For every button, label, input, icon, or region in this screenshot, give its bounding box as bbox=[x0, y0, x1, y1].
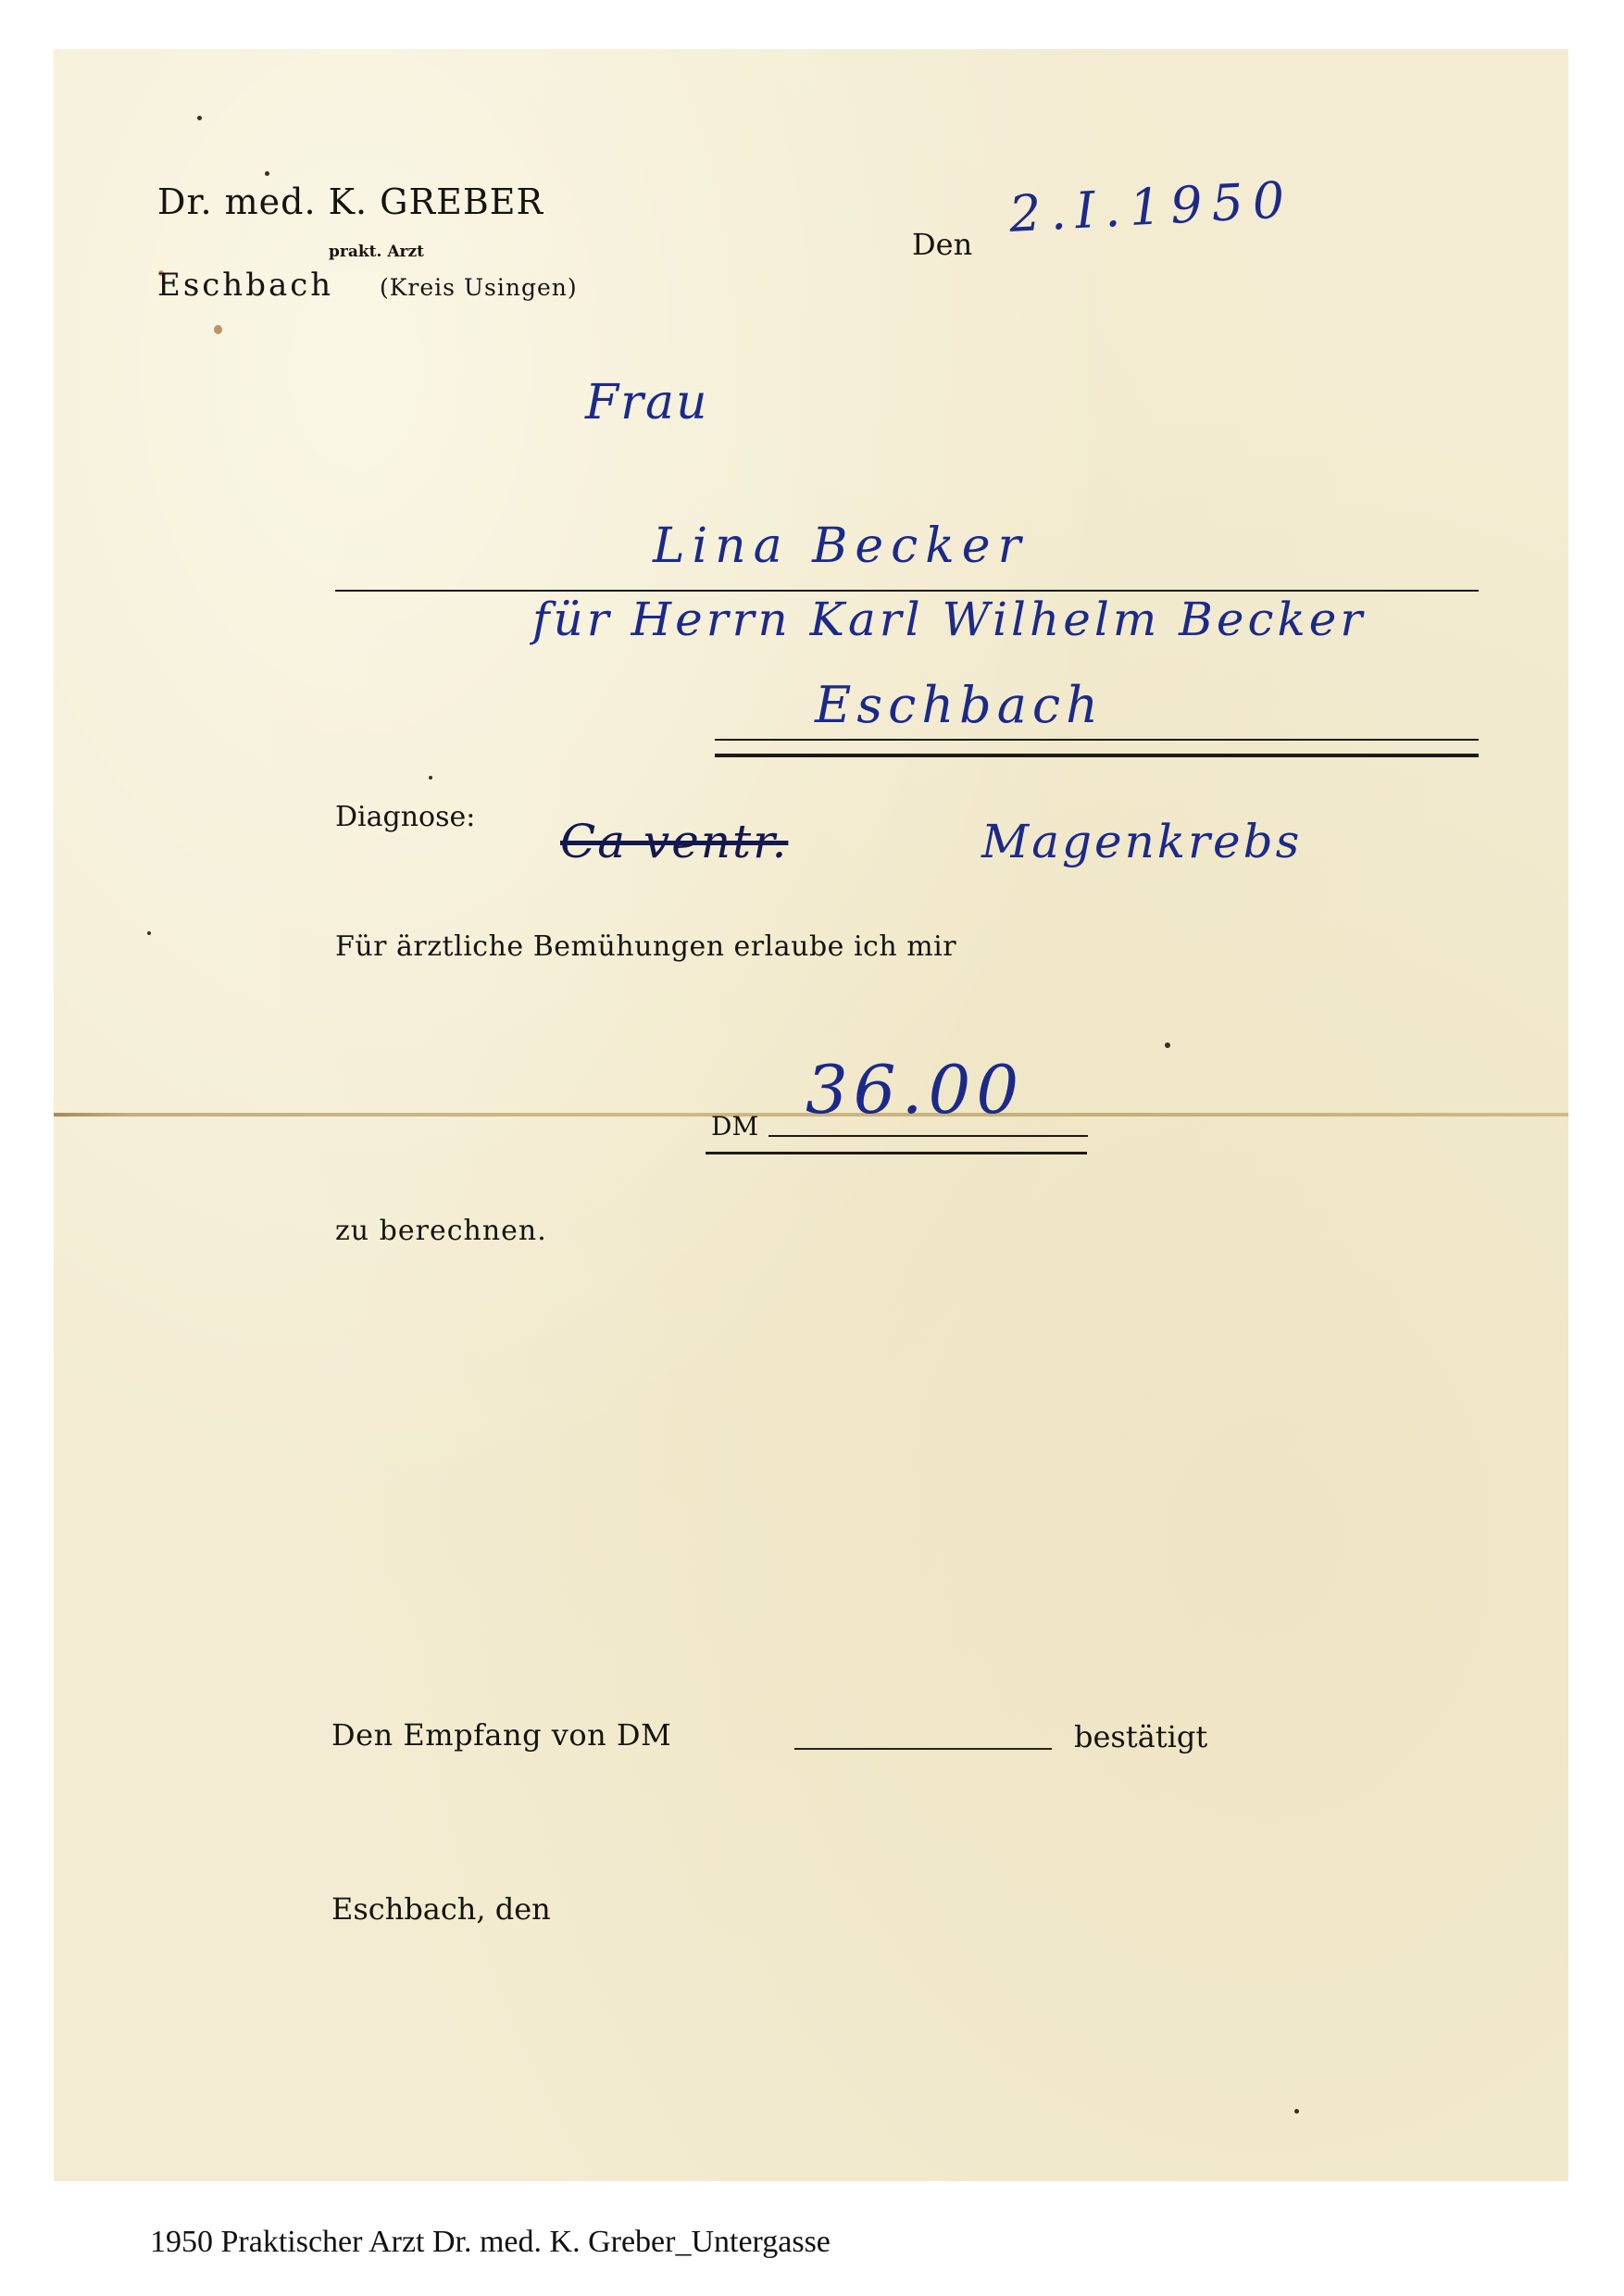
image-caption: 1950 Praktischer Arzt Dr. med. K. Greber… bbox=[150, 2225, 831, 2260]
receipt-suffix-text: bestätigt bbox=[1074, 1719, 1207, 1754]
address-rule-thick bbox=[715, 754, 1479, 757]
recipient-name: Lina Becker bbox=[653, 518, 1028, 574]
recipient-salutation: Frau bbox=[585, 375, 708, 430]
paper-speck bbox=[197, 116, 202, 120]
date-label: Den bbox=[912, 227, 972, 262]
recipient-for-line: für Herrn Karl Wilhelm Becker bbox=[532, 593, 1366, 646]
paper-speck bbox=[1165, 1042, 1170, 1048]
currency-label: DM bbox=[711, 1111, 758, 1142]
fee-closing-text: zu berechnen. bbox=[335, 1215, 547, 1247]
paper-speck bbox=[1294, 2109, 1299, 2114]
paper-speck bbox=[429, 776, 432, 780]
amount-rule bbox=[768, 1135, 1088, 1137]
diagnosis-label: Diagnose: bbox=[335, 801, 475, 833]
doctor-name: Dr. med. K. GREBER bbox=[157, 181, 543, 222]
doctor-title: prakt. Arzt bbox=[329, 243, 424, 261]
address-rule bbox=[715, 739, 1479, 741]
rust-stain bbox=[214, 325, 222, 334]
receipt-amount-blank bbox=[794, 1748, 1052, 1750]
amount-rule-double bbox=[706, 1152, 1087, 1154]
diagnosis-value: Magenkrebs bbox=[981, 815, 1302, 868]
receipt-prefix-text: Den Empfang von DM bbox=[331, 1717, 671, 1753]
fee-amount: 36.00 bbox=[806, 1051, 1024, 1129]
practice-district: (Kreis Usingen) bbox=[380, 274, 578, 301]
recipient-town: Eschbach bbox=[815, 676, 1104, 734]
paper-speck bbox=[265, 171, 269, 176]
practice-place: Eschbach bbox=[157, 267, 333, 304]
paper-speck bbox=[147, 931, 151, 935]
signature-place-date: Eschbach, den bbox=[331, 1891, 551, 1927]
fee-intro-text: Für ärztliche Bemühungen erlaube ich mir bbox=[335, 930, 956, 963]
address-rule bbox=[335, 590, 1479, 592]
diagnosis-struck-text: Ca ventr. bbox=[560, 815, 788, 868]
